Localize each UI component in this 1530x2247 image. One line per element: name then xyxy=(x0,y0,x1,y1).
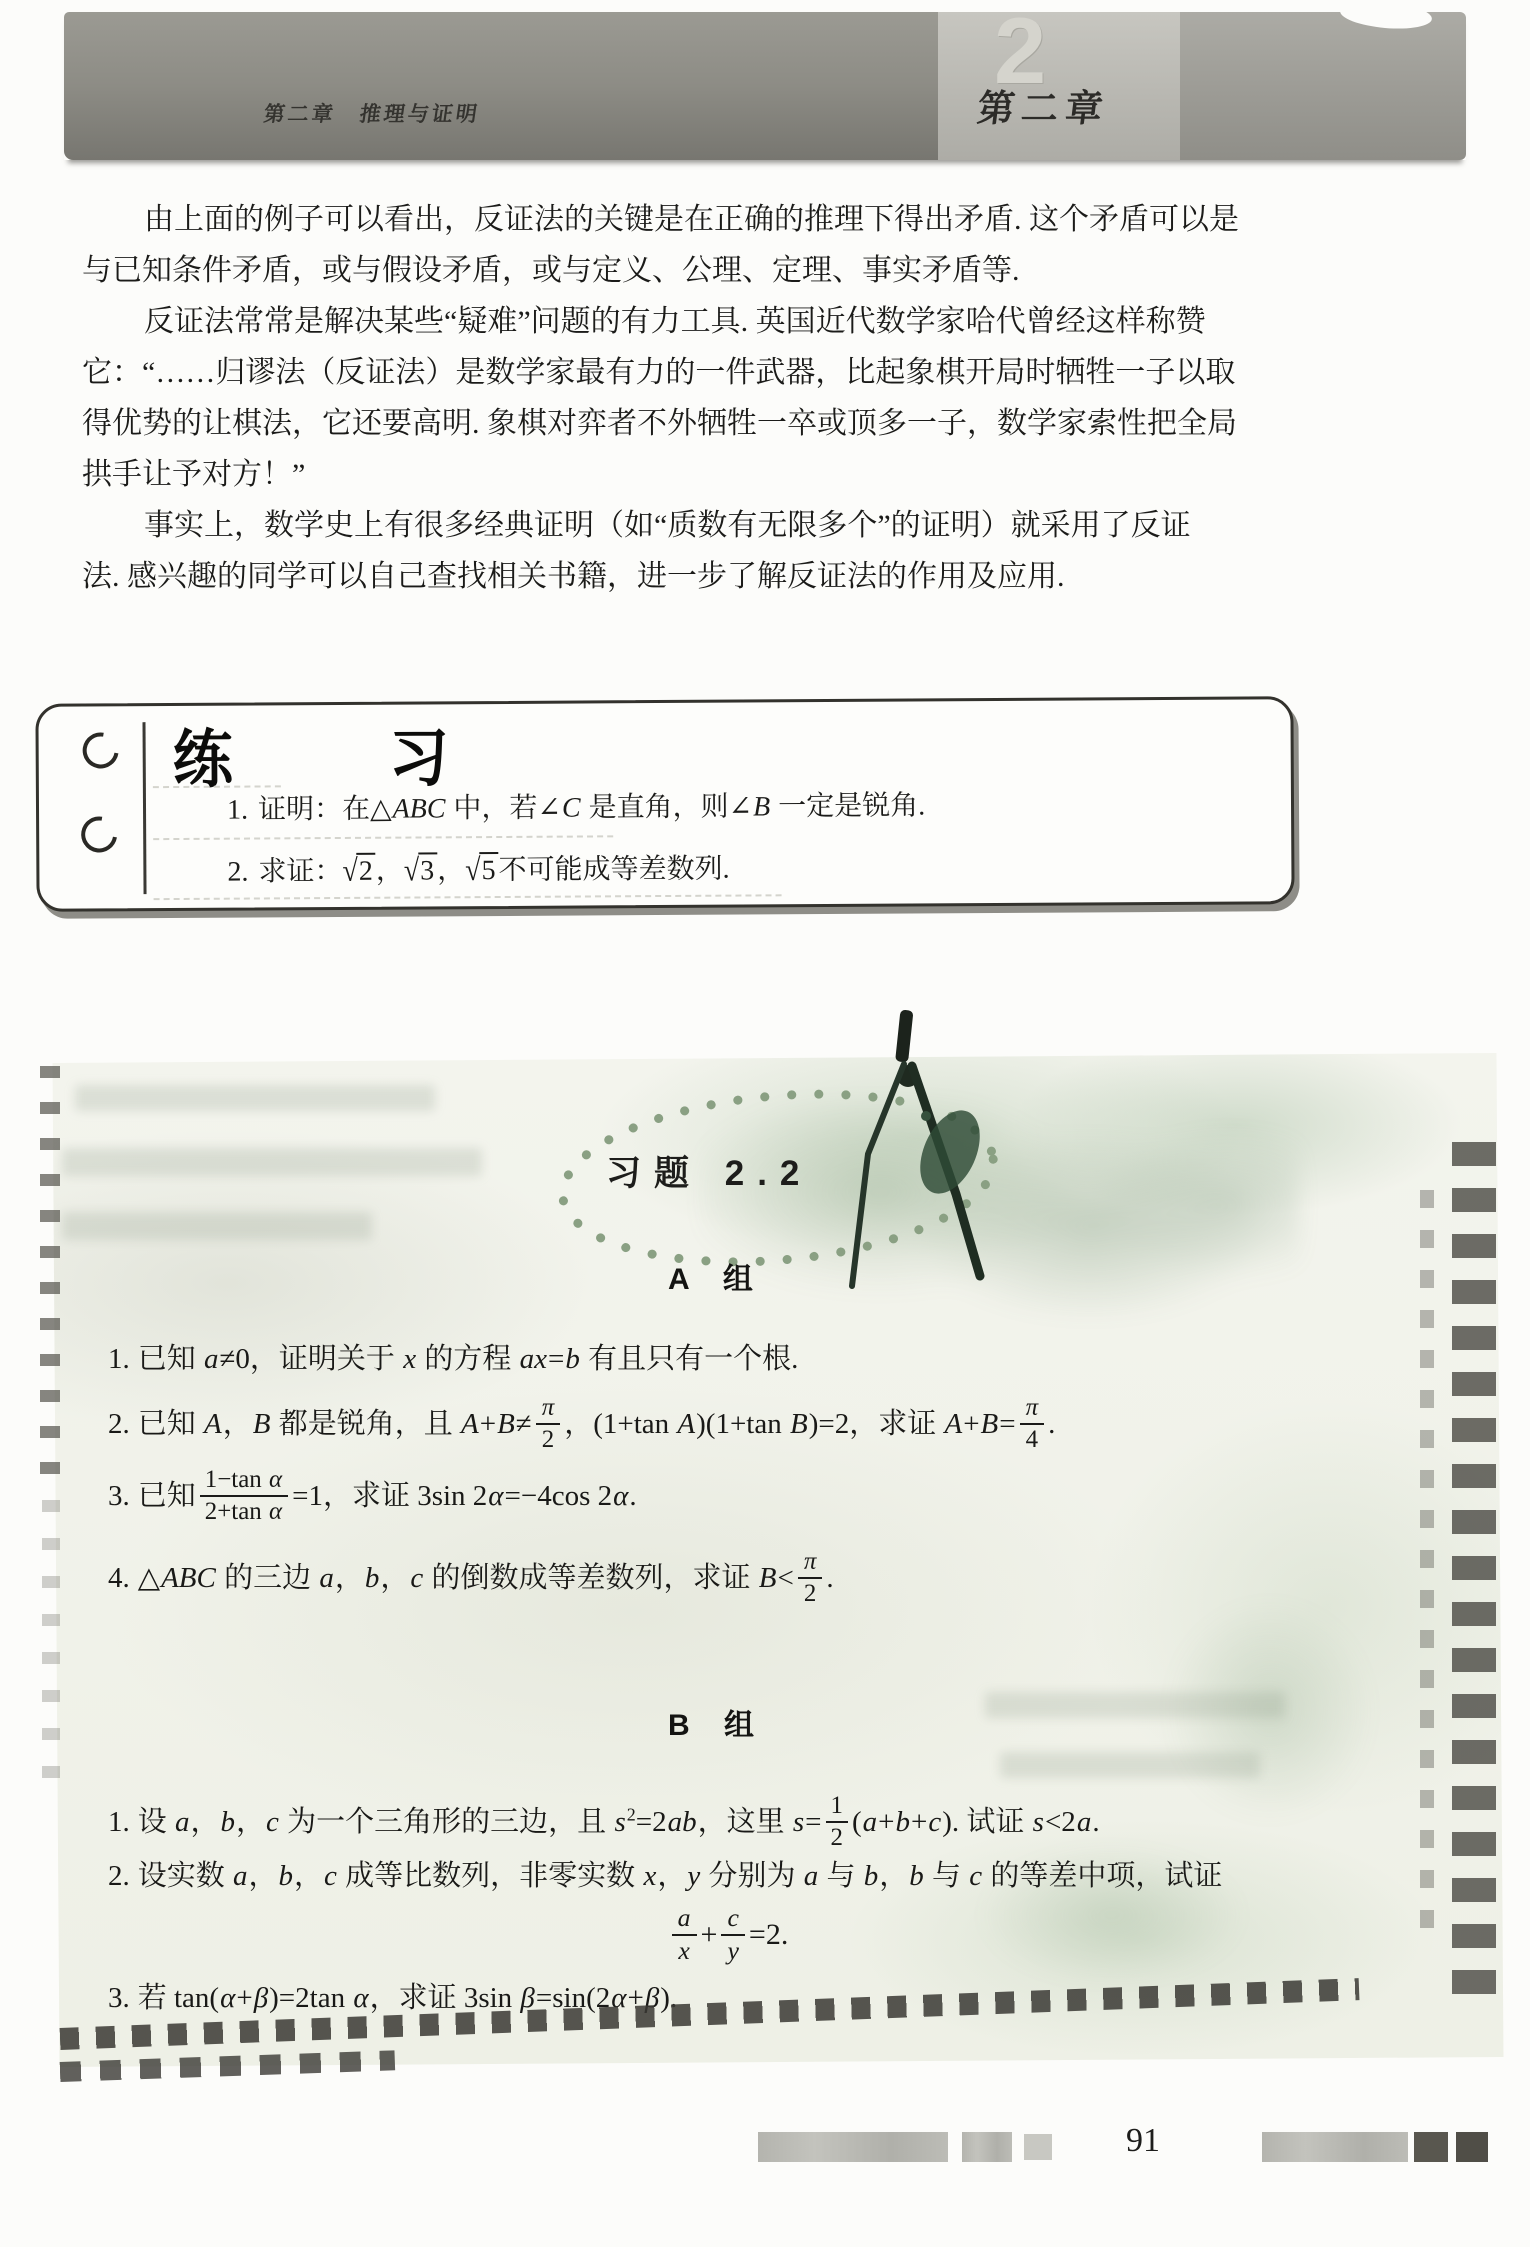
body-line: 它：“……归谬法（反证法）是数学家最有力的一件武器，比起象棋开局时牺牲一子以取 xyxy=(82,347,1277,398)
binder-ring-icon xyxy=(76,725,126,775)
problem-number: 3. xyxy=(108,1480,130,1512)
practice-item-number: 2. xyxy=(227,857,248,888)
problem-b2-equation: ax+cy=2. xyxy=(108,1906,1348,1968)
bleed-through-ghost-text xyxy=(62,1148,482,1176)
body-line: 与已知条件矛盾，或与假设矛盾，或与定义、公理、定理、事实矛盾等. xyxy=(82,245,1277,296)
problem-b1: 1.设 a，b，c 为一个三角形的三边，且 s2=2ab，这里 s=12(a+b… xyxy=(108,1794,1100,1854)
group-b-label: B 组 xyxy=(668,1700,767,1744)
bleed-through-ghost-text xyxy=(62,1212,372,1240)
practice-item: 1.证明：在△ABC 中，若∠C 是直角，则∠B 一定是锐角. xyxy=(227,783,925,827)
footer-decoration-block xyxy=(1262,2132,1408,2162)
body-line: 拱手让予对方！” xyxy=(82,449,1277,500)
problem-text: 设 a，b，c 为一个三角形的三边，且 s2=2ab，这里 s=12(a+b+c… xyxy=(138,1806,1100,1838)
problem-text: △ABC 的三边 a，b，c 的倒数成等差数列，求证 B<π2. xyxy=(138,1562,834,1594)
body-line: 反证法常常是解决某些“疑难”问题的有力工具. 英国近代数学家哈代曾经这样称赞 xyxy=(82,296,1277,347)
group-a-label: A 组 xyxy=(668,1254,766,1298)
body-line: 得优势的让棋法，它还要高明. 象棋对弈者不外牺牲一卒或顶多一子，数学家索性把全局 xyxy=(82,398,1277,449)
bleed-through-ghost-text xyxy=(985,1692,1285,1718)
footer-decoration-block xyxy=(1456,2132,1488,2162)
practice-item: 2.求证：√2，√3，√5不可能成等差数列. xyxy=(227,847,729,890)
torn-edge-left xyxy=(42,1500,60,1800)
chapter-number-badge: 2 第二章 xyxy=(938,12,1180,160)
practice-box: 练 习 1.证明：在△ABC 中，若∠C 是直角，则∠B 一定是锐角. 2.求证… xyxy=(35,696,1294,912)
problem-text: 设实数 a，b，c 成等比数列，非零实数 x，y 分别为 a 与 b，b 与 c… xyxy=(138,1860,1223,1892)
problem-number: 1. xyxy=(108,1343,130,1375)
problem-text: 已知 A，B 都是锐角，且 A+B≠π2，(1+tan A)(1+tan B)=… xyxy=(138,1408,1056,1440)
textbook-page: 第二章 推理与证明 2 第二章 由上面的例子可以看出，反证法的关键是在正确的推理… xyxy=(0,0,1530,2247)
torn-edge-right xyxy=(1420,1190,1434,1950)
footer-decoration-block xyxy=(1414,2132,1448,2162)
problem-b2: 2.设实数 a，b，c 成等比数列，非零实数 x，y 分别为 a 与 b，b 与… xyxy=(108,1858,1222,1894)
problem-number: 2. xyxy=(108,1408,130,1440)
practice-item-text: 证明：在△ABC 中，若∠C 是直角，则∠B 一定是锐角. xyxy=(258,790,925,825)
footer-decoration-block xyxy=(962,2132,1012,2162)
scan-damage-notch xyxy=(1339,0,1433,32)
running-chapter-title: 第二章 推理与证明 xyxy=(262,98,482,128)
footer-decoration-block xyxy=(1024,2134,1052,2160)
torn-edge-left xyxy=(40,1066,60,1486)
problem-text: 已知 a≠0，证明关于 x 的方程 ax=b 有且只有一个根. xyxy=(138,1343,799,1375)
body-line: 法. 感兴趣的同学可以自己查找相关书籍，进一步了解反证法的作用及应用. xyxy=(82,551,1277,602)
problem-number: 3. xyxy=(108,1982,130,2014)
problem-a3: 3.已知1−tan α2+tan α=1，求证 3sin 2α=−4cos 2α… xyxy=(108,1468,637,1528)
problem-a1: 1.已知 a≠0，证明关于 x 的方程 ax=b 有且只有一个根. xyxy=(108,1341,798,1377)
problem-number: 1. xyxy=(108,1806,130,1838)
practice-item-number: 1. xyxy=(227,795,248,826)
compass-icon xyxy=(838,1004,1028,1304)
ruled-guide-line xyxy=(153,835,613,840)
footer-decoration-block xyxy=(758,2132,948,2162)
body-text: 由上面的例子可以看出，反证法的关键是在正确的推理下得出矛盾. 这个矛盾可以是 与… xyxy=(82,194,1277,602)
header-bar-dark-segment: 第二章 推理与证明 xyxy=(64,12,938,160)
problem-a2: 2.已知 A，B 都是锐角，且 A+B≠π2，(1+tan A)(1+tan B… xyxy=(108,1396,1055,1456)
problem-number: 2. xyxy=(108,1860,130,1892)
torn-edge-right xyxy=(1452,1142,1496,1994)
bleed-through-ghost-text xyxy=(75,1085,435,1111)
ruled-guide-line xyxy=(154,894,782,900)
chapter-badge-label: 第二章 xyxy=(975,78,1114,132)
bleed-through-ghost-text xyxy=(1000,1752,1260,1778)
chapter-header-bar: 第二章 推理与证明 2 第二章 xyxy=(64,12,1466,160)
problem-a4: 4.△ABC 的三边 a，b，c 的倒数成等差数列，求证 B<π2. xyxy=(108,1550,834,1610)
practice-divider xyxy=(142,722,146,894)
binder-ring-icon xyxy=(74,809,124,859)
problem-number: 4. xyxy=(108,1562,130,1594)
problem-text: 已知1−tan α2+tan α=1，求证 3sin 2α=−4cos 2α. xyxy=(138,1480,637,1512)
exercises-title: 习题 2.2 xyxy=(606,1146,812,1196)
body-line: 由上面的例子可以看出，反证法的关键是在正确的推理下得出矛盾. 这个矛盾可以是 xyxy=(82,194,1277,245)
page-number: 91 xyxy=(1126,2122,1160,2160)
header-bar-right-segment xyxy=(1180,12,1466,160)
body-line: 事实上，数学史上有很多经典证明（如“质数有无限多个”的证明）就采用了反证 xyxy=(82,500,1277,551)
practice-item-text: 求证：√2，√3，√5不可能成等差数列. xyxy=(258,854,729,888)
